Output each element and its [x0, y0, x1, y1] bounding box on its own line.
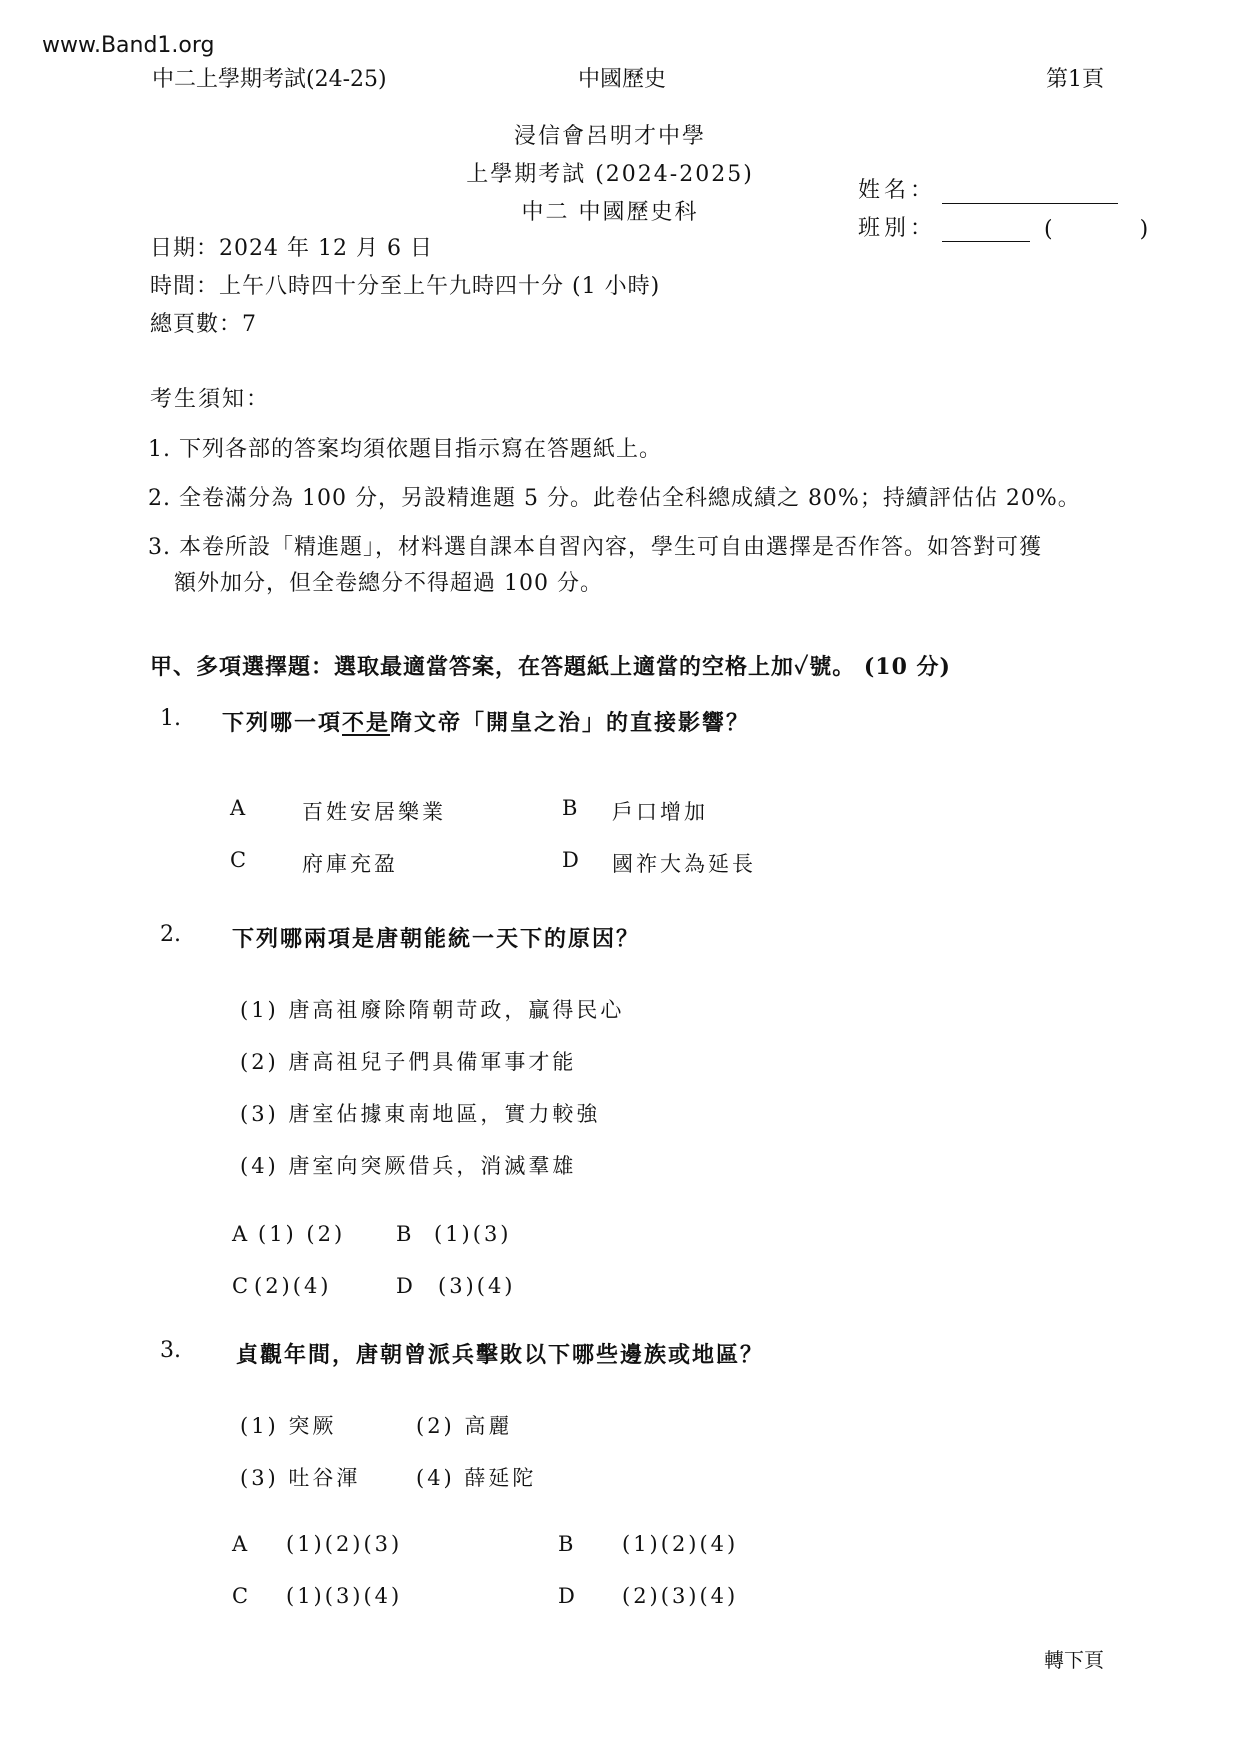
- statement: (1) 唐高祖廢除隋朝苛政，贏得民心: [240, 994, 624, 1024]
- option-text: (2)(4): [254, 1274, 332, 1298]
- instruction-item-continued: 額外加分，但全卷總分不得超過 100 分。: [174, 566, 603, 597]
- option-letter: B: [558, 1532, 573, 1556]
- class-blank[interactable]: [942, 217, 1030, 242]
- option-letter: D: [558, 1584, 575, 1608]
- option-letter: C: [230, 848, 246, 872]
- question-number: 1.: [160, 706, 181, 731]
- option-text: 戶口增加: [612, 796, 708, 826]
- option-letter: A: [232, 1532, 247, 1556]
- question-number: 2.: [160, 922, 181, 947]
- statement: (2) 高麗: [416, 1410, 512, 1440]
- option-letter: C: [232, 1274, 248, 1298]
- name-field-row: 姓名：: [858, 166, 1188, 204]
- statement: (4) 薛延陀: [416, 1462, 536, 1492]
- name-blank[interactable]: [942, 179, 1118, 204]
- section-title: 甲、多項選擇題：選取最適當答案，在答題紙上適當的空格上加✓號。 (10 分): [150, 650, 951, 681]
- statement: (2) 唐高祖兒子們具備軍事才能: [240, 1046, 576, 1076]
- option-text: (1)(2)(3): [286, 1532, 402, 1556]
- question-text: 下列哪兩項是唐朝能統一天下的原因？: [232, 922, 640, 953]
- exam-info: 日期：2024 年 12 月 6 日 時間：上午八時四十分至上午九時四十分 (1…: [150, 230, 660, 344]
- name-label: 姓名：: [858, 173, 936, 204]
- option-letter: A: [230, 796, 245, 820]
- option-text: (1) (2): [258, 1222, 345, 1246]
- option-text: (1)(2)(4): [622, 1532, 738, 1556]
- question-emphasis: 不是: [342, 710, 390, 736]
- option-text: 國祚大為延長: [612, 848, 756, 878]
- instruction-item: 1. 下列各部的答案均須依題目指示寫在答題紙上。: [148, 432, 662, 463]
- option-letter: B: [562, 796, 577, 820]
- option-letter: B: [396, 1222, 411, 1246]
- question-text-part: 隋文帝「開皇之治」的直接影響？: [390, 710, 750, 736]
- option-text: (1)(3)(4): [286, 1584, 402, 1608]
- school-name: 浸信會呂明才中學: [0, 118, 1240, 156]
- instruction-item: 2. 全卷滿分為 100 分，另設精進題 5 分。此卷佔全科總成績之 80%；持…: [148, 481, 1081, 512]
- question-text: 下列哪一項不是隋文帝「開皇之治」的直接影響？: [222, 706, 750, 737]
- statement: (3) 唐室佔據東南地區，實力較強: [240, 1098, 600, 1128]
- option-letter: C: [232, 1584, 248, 1608]
- class-field-row: 班別： ( ): [858, 204, 1188, 242]
- option-letter: D: [562, 848, 579, 872]
- question-text: 貞觀年間，唐朝曾派兵擊敗以下哪些邊族或地區？: [236, 1338, 764, 1369]
- instructions-title: 考生須知：: [150, 382, 270, 413]
- header-page-number: 第1頁: [1046, 62, 1104, 93]
- option-text: 府庫充盈: [302, 848, 398, 878]
- header-subject: 中國歷史: [578, 62, 666, 93]
- class-number-parentheses[interactable]: ( ): [1044, 217, 1188, 242]
- option-text: (2)(3)(4): [622, 1584, 738, 1608]
- exam-date: 日期：2024 年 12 月 6 日: [150, 230, 660, 268]
- watermark: www.Band1.org: [42, 33, 215, 58]
- statement: (1) 突厥: [240, 1410, 336, 1440]
- class-label: 班別：: [858, 211, 936, 242]
- statement: (3) 吐谷渾: [240, 1462, 360, 1492]
- exam-total-pages: 總頁數：7: [150, 306, 660, 344]
- header-exam-label: 中二上學期考試(24-25): [152, 62, 387, 93]
- option-text: (3)(4): [438, 1274, 516, 1298]
- instruction-item: 3. 本卷所設「精進題」，材料選自課本自習內容，學生可自由選擇是否作答。如答對可…: [148, 530, 1042, 561]
- continue-next-page: 轉下頁: [1044, 1644, 1104, 1673]
- option-text: (1)(3): [434, 1222, 512, 1246]
- statement: (4) 唐室向突厥借兵，消滅羣雄: [240, 1150, 576, 1180]
- question-number: 3.: [160, 1338, 181, 1363]
- student-fields: 姓名： 班別： ( ): [858, 166, 1188, 242]
- option-letter: A: [232, 1222, 247, 1246]
- option-letter: D: [396, 1274, 413, 1298]
- question-text-part: 下列哪一項: [222, 710, 342, 736]
- option-text: 百姓安居樂業: [302, 796, 446, 826]
- exam-time: 時間：上午八時四十分至上午九時四十分 (1 小時): [150, 268, 660, 306]
